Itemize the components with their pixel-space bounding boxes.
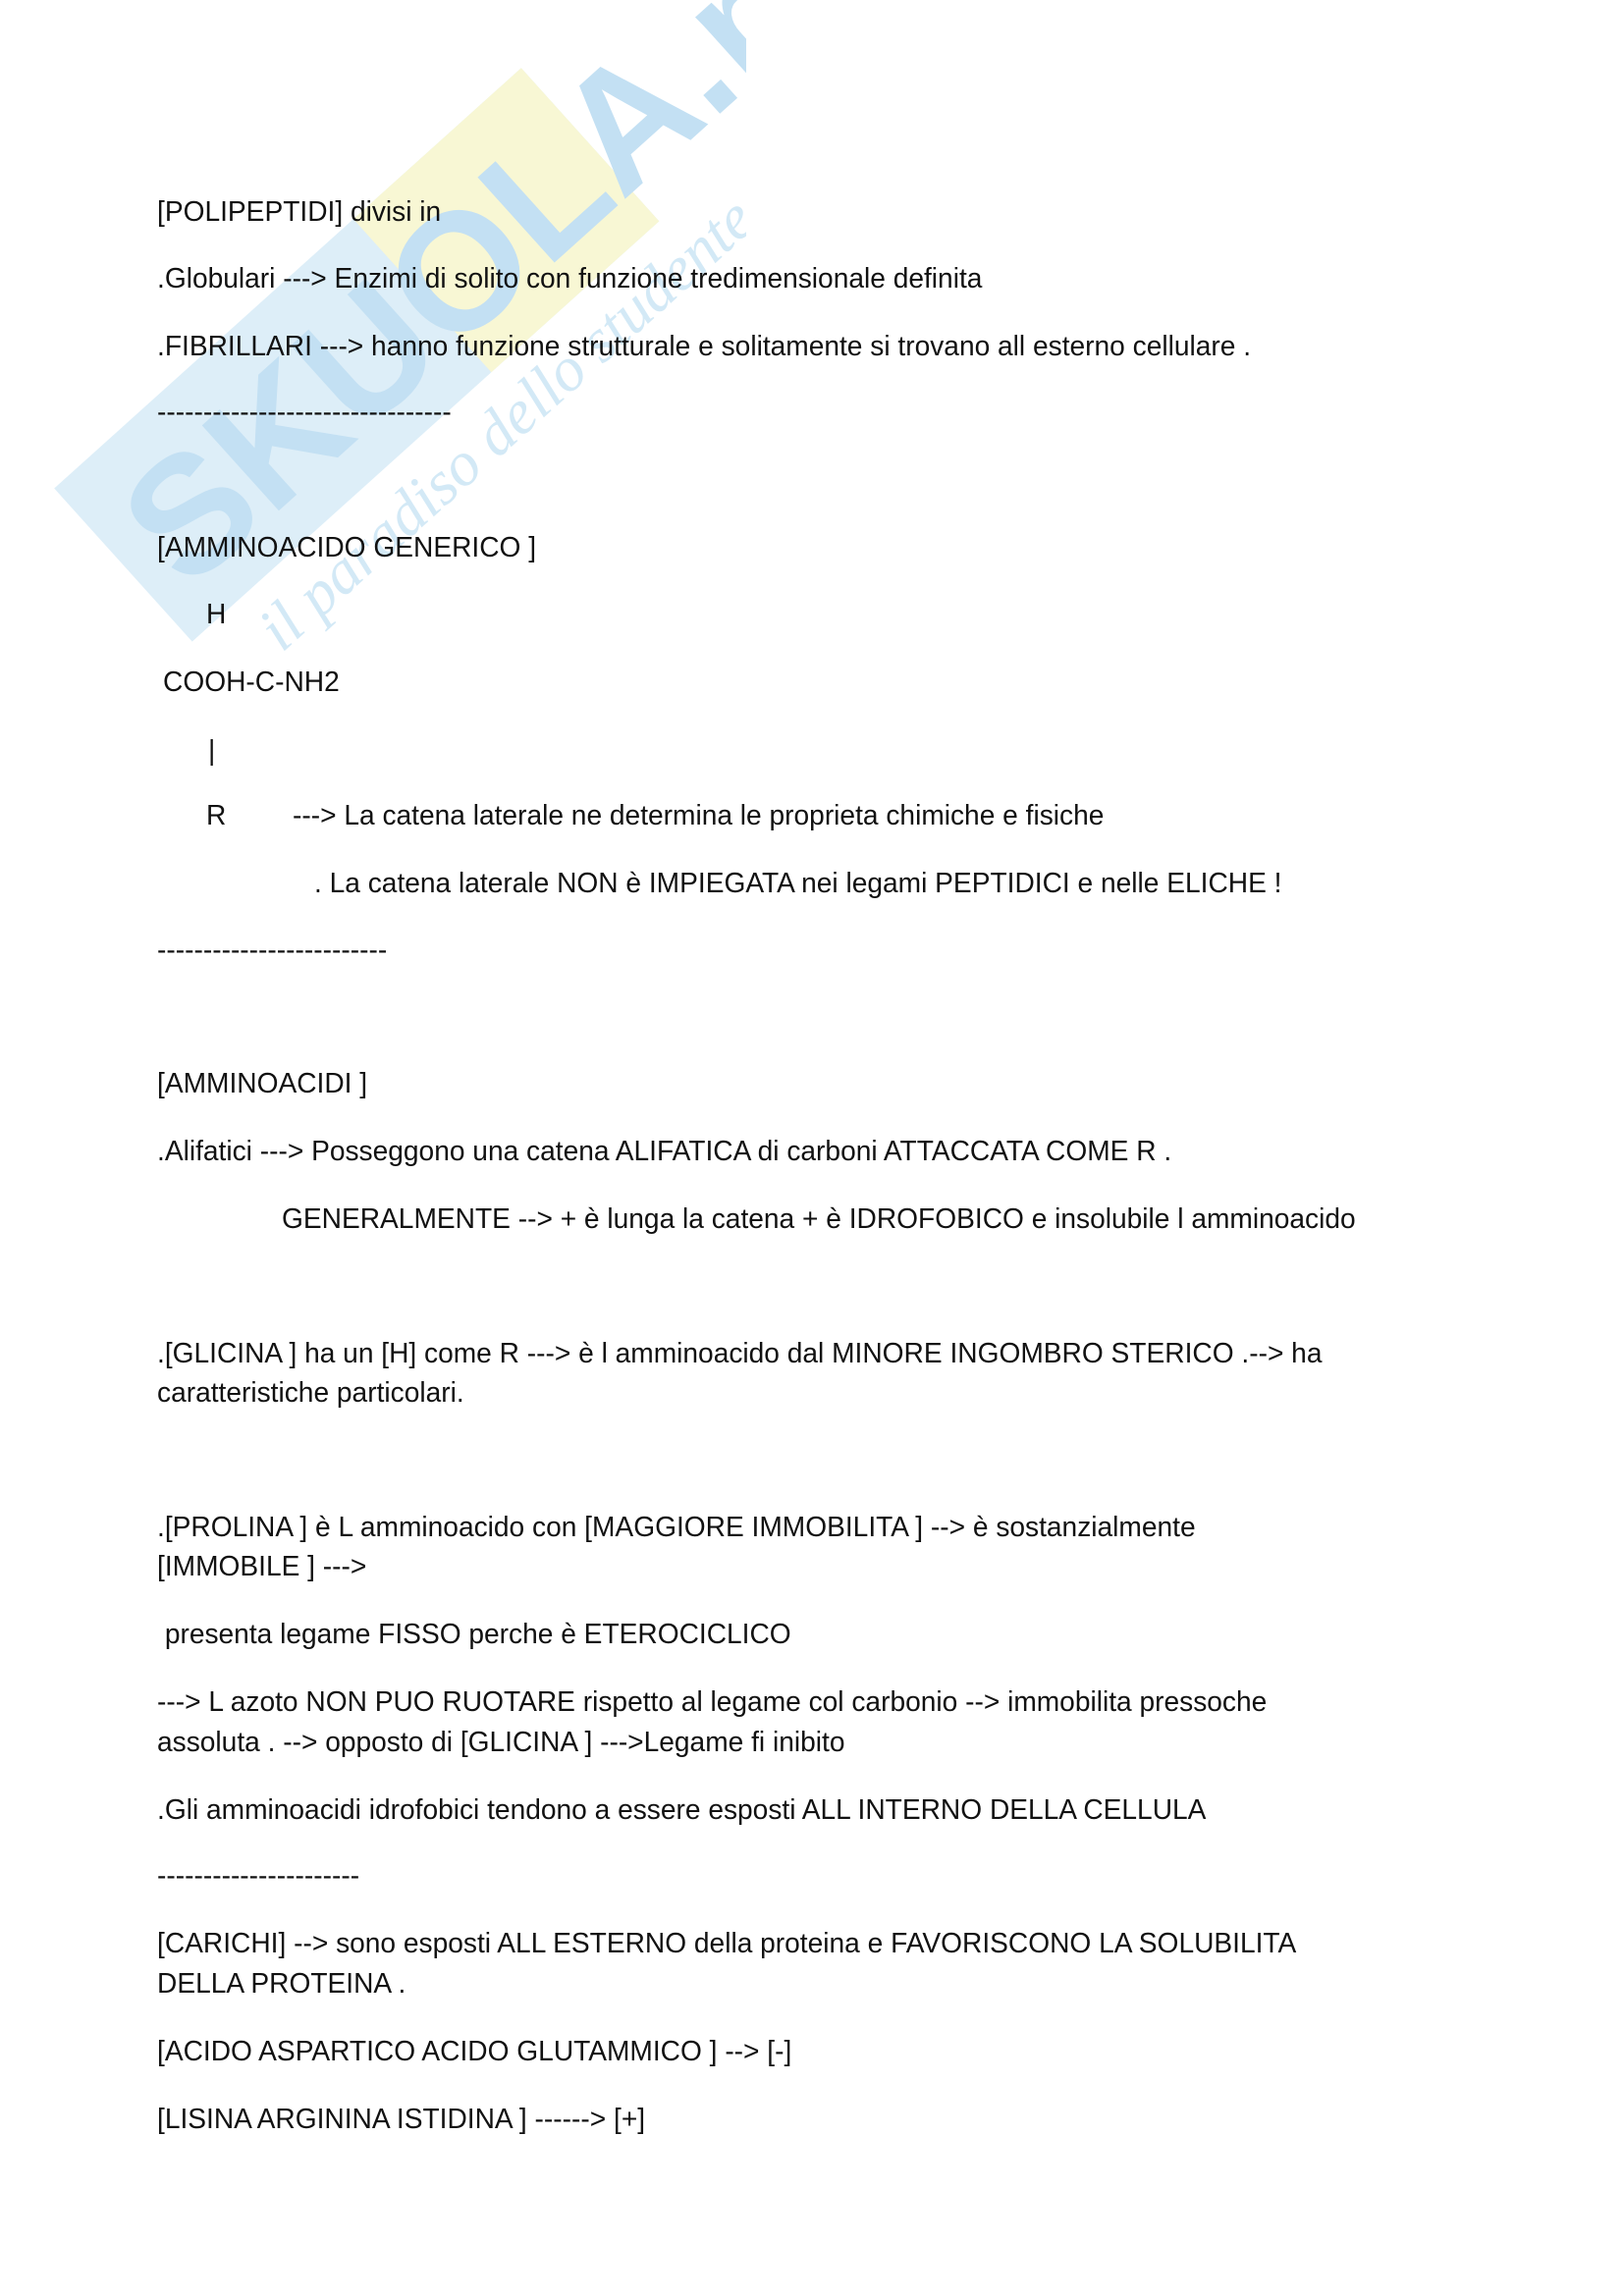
glicina-line-1: .[GLICINA ] ha un [H] come R ---> è l am… bbox=[157, 1334, 1322, 1374]
glicina-line-2: caratteristiche particolari. bbox=[157, 1373, 464, 1414]
polipeptidi-heading: [POLIPEPTIDI] divisi in bbox=[157, 192, 441, 233]
formula-bond: | bbox=[208, 731, 215, 772]
formula-main: COOH-C-NH2 bbox=[163, 663, 340, 703]
side-chain-note-1: ---> La catena laterale ne determina le … bbox=[293, 796, 1104, 836]
generalmente-line: GENERALMENTE --> + è lunga la catena + è… bbox=[282, 1200, 1356, 1240]
amminoacidi-heading: [AMMINOACIDI ] bbox=[157, 1064, 367, 1104]
prolina-line-2: [IMMOBILE ] ---> bbox=[157, 1547, 366, 1587]
prolina-line-1: .[PROLINA ] è L amminoacido con [MAGGIOR… bbox=[157, 1508, 1196, 1548]
separator-3: ---------------------- bbox=[157, 1856, 359, 1896]
formula-h: H bbox=[206, 595, 226, 635]
alifatici-line: .Alifatici ---> Posseggono una catena AL… bbox=[157, 1132, 1171, 1172]
carichi-line-2: DELLA PROTEINA . bbox=[157, 1964, 406, 2004]
amminoacido-generico-heading: [AMMINOACIDO GENERICO ] bbox=[157, 528, 536, 568]
side-chain-note-2: . La catena laterale NON è IMPIEGATA nei… bbox=[314, 864, 1281, 904]
idrofobici-line: .Gli amminoacidi idrofobici tendono a es… bbox=[157, 1790, 1206, 1831]
azoto-line-2: assoluta . --> opposto di [GLICINA ] ---… bbox=[157, 1723, 844, 1763]
document-page: SKUOLA.net il paradiso dello studente [P… bbox=[0, 0, 1623, 2296]
azoto-line-1: ---> L azoto NON PUO RUOTARE rispetto al… bbox=[157, 1682, 1267, 1723]
watermark-brand-text: SKUOLA.net bbox=[87, 0, 746, 619]
formula-r: R bbox=[206, 796, 226, 836]
presenta-line: presenta legame FISSO perche è ETEROCICL… bbox=[157, 1615, 791, 1655]
separator-1: -------------------------------- bbox=[157, 393, 452, 433]
carichi-line-1: [CARICHI] --> sono esposti ALL ESTERNO d… bbox=[157, 1924, 1296, 1964]
separator-2: ------------------------- bbox=[157, 931, 387, 971]
fibrillari-line: .FIBRILLARI ---> hanno funzione struttur… bbox=[157, 327, 1251, 367]
globulari-line: .Globulari ---> Enzimi di solito con fun… bbox=[157, 259, 982, 299]
negative-amino-acids-line: [ACIDO ASPARTICO ACIDO GLUTAMMICO ] --> … bbox=[157, 2032, 791, 2072]
positive-amino-acids-line: [LISINA ARGININA ISTIDINA ] ------> [+] bbox=[157, 2100, 645, 2140]
skuola-watermark-logo: SKUOLA.net il paradiso dello studente bbox=[0, 0, 746, 746]
